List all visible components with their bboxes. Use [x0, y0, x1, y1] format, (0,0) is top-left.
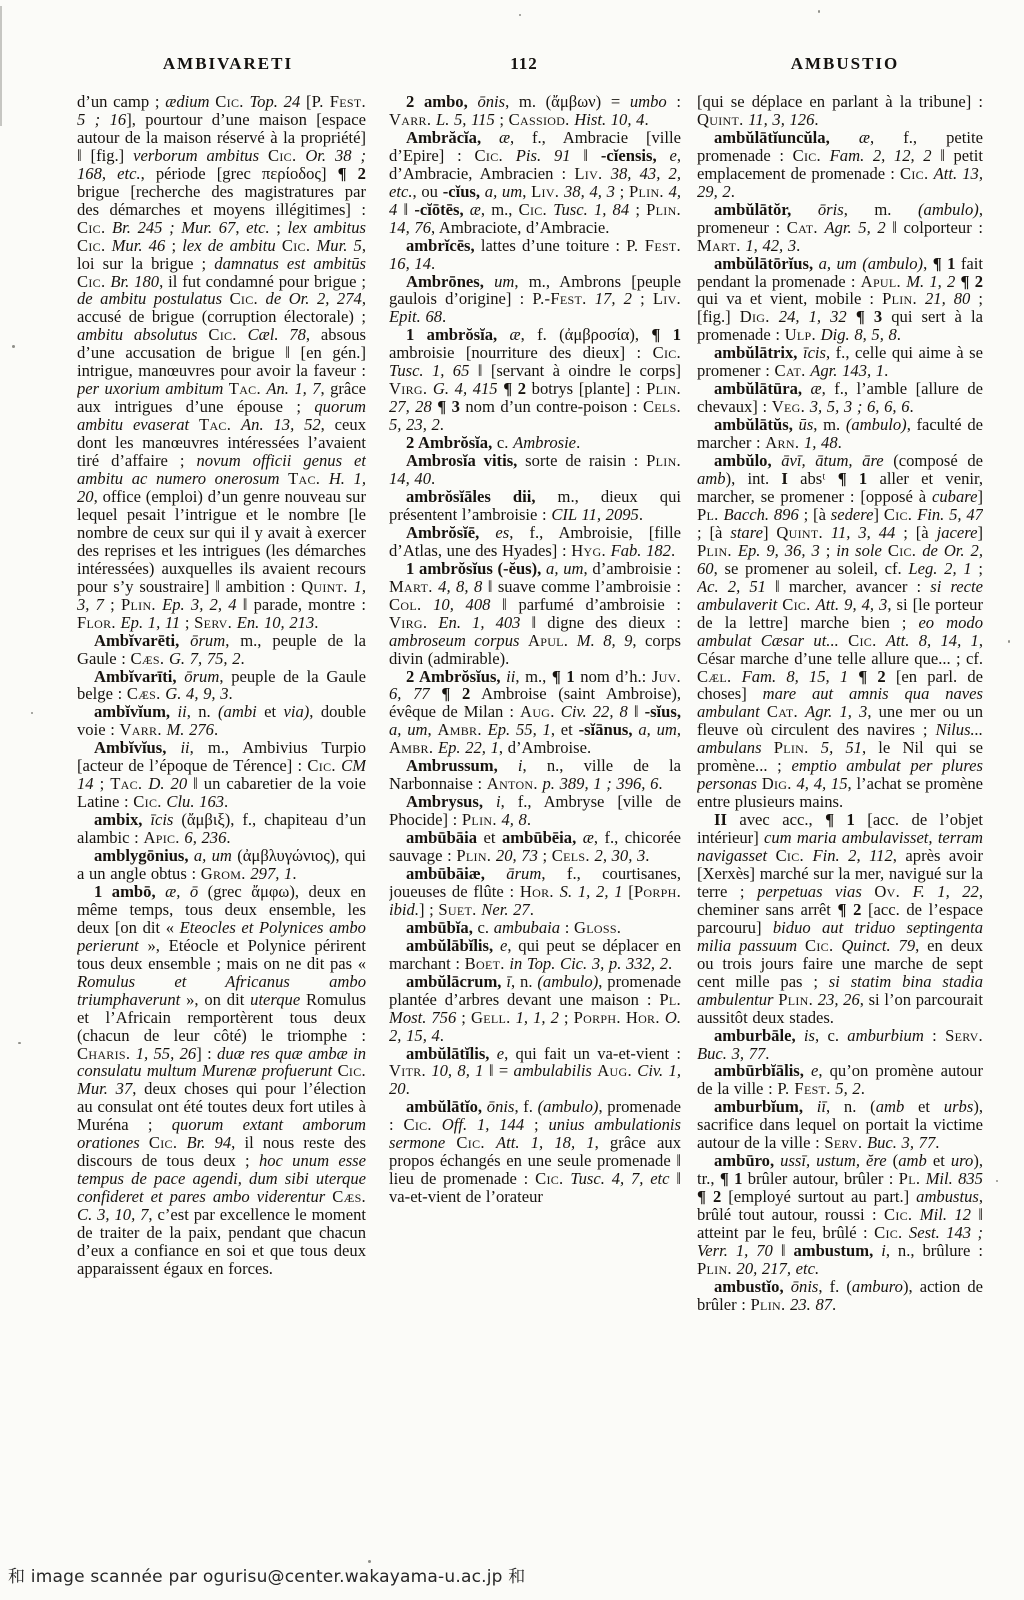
bold-text: 1 ambrŏsĭa, — [406, 325, 497, 344]
smallcaps-text: Plin. — [882, 289, 917, 308]
italic-text: 1, 48 — [804, 433, 838, 452]
smallcaps-text: P.-Fest. — [532, 289, 586, 308]
dictionary-entry: Ambĭvarīti, ōrum, peuple de la Gaule bel… — [77, 668, 366, 704]
bold-text: ambūbēia, — [502, 828, 576, 847]
bold-text: ambŭlācrum, — [406, 972, 501, 991]
bold-text: 2 ambo, — [406, 93, 468, 111]
bold-text: ambūro, — [714, 1151, 774, 1170]
smallcaps-text: Hor. — [626, 1008, 660, 1027]
smallcaps-text: Plin. — [646, 200, 681, 219]
italic-text: Pis. 91 — [516, 146, 571, 165]
italic-text: M. 1, 2 — [906, 272, 955, 291]
bold-text: ¶ 1 — [651, 325, 681, 344]
smallcaps-text: Plin. — [456, 846, 491, 865]
bold-text: I — [781, 469, 787, 488]
running-head: AMBIVARETI 112 AMBUSTIO — [0, 54, 1024, 78]
italic-text: Fin. 5, 47 — [917, 505, 983, 524]
bold-text: -cĭōtēs, — [414, 200, 463, 219]
dictionary-entry: ambĭvĭum, ii, n. (ambi et via), double v… — [77, 703, 366, 739]
smallcaps-text: Cic. — [805, 936, 833, 955]
italic-text: æ — [470, 200, 481, 219]
italic-text: 4, 4, 15 — [797, 774, 848, 793]
bold-text: ambustĭo, — [714, 1277, 784, 1296]
dictionary-entry: 1 ambrŏsĭus (-ĕus), a, um, d’ambroisie :… — [389, 560, 681, 668]
bold-text: ¶ 2 — [697, 1187, 721, 1206]
bold-text: Ambrosĭa vitis, — [406, 451, 517, 470]
italic-text: amburo — [852, 1277, 903, 1296]
smallcaps-text: Arn. — [765, 433, 799, 452]
smallcaps-text: Ov. — [874, 882, 900, 901]
italic-text: ædium — [165, 93, 209, 111]
italic-text: M. 8, 9 — [577, 631, 633, 650]
smallcaps-text: Hyg. — [571, 541, 606, 560]
italic-text: Mil. 835 — [926, 1169, 983, 1188]
smallcaps-text: Cic. — [77, 272, 105, 291]
bold-text: 1 ambrŏsĭus (-ĕus), — [406, 559, 541, 578]
italic-text: 1, 42, 3 — [745, 236, 796, 255]
dictionary-entry: Ambĭvĭus, ii, m., Ambivius Turpio [acteu… — [77, 739, 366, 811]
italic-text: 5, 2 — [835, 1079, 860, 1098]
italic-text: amburbium — [847, 1026, 924, 1045]
smallcaps-text: Cic. — [888, 541, 916, 560]
smallcaps-text: P. Fest. — [626, 236, 681, 255]
italic-text: Tusc. 4, 7, etc — [570, 1169, 669, 1188]
italic-text: īcis — [150, 810, 173, 829]
smallcaps-text: Liv. — [574, 164, 602, 183]
smallcaps-text: Cic. — [884, 505, 912, 524]
entry-continuation: [qui se déplace en parlant à la tribune]… — [697, 93, 983, 129]
smallcaps-text: Tac. — [288, 469, 320, 488]
italic-text: a, um — [546, 559, 583, 578]
dictionary-column-left: d’un camp ; ædium Cic. Top. 24 [P. Fest.… — [77, 93, 366, 1555]
italic-text: 16, 14 — [389, 254, 431, 273]
smallcaps-text: Quint. — [776, 523, 823, 542]
smallcaps-text: Plin. — [629, 182, 664, 201]
smallcaps-text: Cæl. — [697, 667, 731, 686]
italic-text: Epit. 68 — [389, 307, 442, 326]
dictionary-entry: 2 Ambrŏsĭa, c. Ambrosie. — [389, 434, 681, 452]
scan-edge-artifact — [0, 6, 2, 126]
header-right-headword: AMBUSTIO — [765, 54, 925, 74]
italic-text: per uxorium ambitum — [77, 379, 223, 398]
smallcaps-text: Col. — [389, 595, 421, 614]
scan-speck — [818, 10, 820, 13]
italic-text: umbo — [630, 93, 667, 111]
italic-text: 4, 8, 8 — [438, 577, 482, 596]
italic-text: p. 389, 1 ; 396, 6 — [542, 774, 658, 793]
smallcaps-text: Cat. — [767, 702, 798, 721]
smallcaps-text: Apul. — [861, 272, 901, 291]
italic-text: a, um — [389, 720, 428, 739]
italic-text: Clu. 163 — [166, 792, 224, 811]
italic-text: 10, 408 — [433, 595, 490, 614]
bold-text: ¶ 1 — [933, 254, 956, 273]
smallcaps-text: Mart. — [389, 577, 433, 596]
smallcaps-text: Plin. — [774, 738, 809, 757]
dictionary-entry: ambŭlābĭlis, e, qui peut se déplacer en … — [389, 937, 681, 973]
smallcaps-text: Suet. — [438, 900, 476, 919]
dictionary-column-center: 2 ambo, ōnis, m. (ἄμβων) = umbo : Varr. … — [389, 93, 681, 1555]
italic-text: lex de ambitu — [182, 236, 275, 255]
smallcaps-text: Cæs. — [332, 1187, 366, 1206]
smallcaps-text: Cic. — [535, 1169, 563, 1188]
smallcaps-text: Mart. — [697, 236, 741, 255]
smallcaps-text: Cic. — [403, 1115, 431, 1134]
italic-text: D. 20 — [148, 774, 187, 793]
bold-text: ambŭlābĭlis, — [406, 936, 493, 955]
italic-text: cubare — [932, 487, 977, 506]
scan-speck — [1008, 640, 1010, 643]
italic-text: Ambrosie — [513, 433, 576, 452]
italic-text: ussī, ustum, ĕre — [780, 1151, 886, 1170]
smallcaps-text: Apic. — [143, 828, 179, 847]
dictionary-entry: 2 Ambrŏsĭus, ii, m., ¶ 1 nom d’h.: Juv. … — [389, 668, 681, 758]
bold-text: II — [714, 810, 727, 829]
header-left-headword: AMBIVARETI — [148, 54, 308, 74]
italic-text: æ — [510, 325, 521, 344]
bold-text: ambūbĭa, — [406, 918, 473, 937]
italic-text: En. 1, 403 — [438, 613, 520, 632]
smallcaps-text: Cic. — [149, 1133, 177, 1152]
italic-text: Cæl. 78 — [248, 325, 306, 344]
smallcaps-text: Ulp. — [785, 325, 816, 344]
smallcaps-text: Cic. — [307, 756, 335, 775]
bold-text: ¶ 2 — [441, 684, 470, 703]
dictionary-entry: ambrĭcēs, lattes d’une toiture : P. Fest… — [389, 237, 681, 273]
italic-text: 6, 236 — [184, 828, 226, 847]
italic-text: 11, 3, 126 — [748, 110, 814, 129]
dictionary-entry: ambŭlātŭs, ūs, m. (ambulo), faculté de m… — [697, 416, 983, 452]
italic-text: Ep. 55, 1 — [488, 720, 551, 739]
italic-text: Top. 24 — [249, 93, 300, 111]
italic-text: Agr. 5, 2 — [824, 218, 885, 237]
italic-text: ī — [506, 972, 511, 991]
italic-text: etc. — [246, 218, 270, 237]
italic-text: 297, 1 — [250, 864, 292, 883]
italic-text: 14, 76 — [389, 218, 431, 237]
smallcaps-text: Liv. — [531, 182, 559, 201]
bold-text: Ambĭvĭus, — [94, 738, 166, 757]
bold-text: 1 ambō, — [94, 882, 156, 901]
bold-text: Ambĭvarīti, — [94, 667, 177, 686]
dictionary-entry: Ambrōnes, um, m., Ambrons [peuple gauloi… — [389, 273, 681, 327]
smallcaps-text: Cic. — [874, 1223, 902, 1242]
scan-speck — [996, 1180, 998, 1182]
italic-text: ambulabilis — [514, 1061, 592, 1080]
italic-text: S. 1, 2, 1 — [560, 882, 623, 901]
italic-text: Ac. 2, 51 — [697, 577, 766, 596]
dictionary-entry: 1 ambō, æ, ō (grec ἄμφω), deux en même t… — [77, 883, 366, 1278]
dictionary-entry: ambūbāiæ, ārum, f., courtisanes, joueuse… — [389, 865, 681, 919]
italic-text: CIL 11, 2095 — [551, 505, 639, 524]
dictionary-entry: ambūbĭa, c. ambubaia : Gloss. — [389, 919, 681, 937]
dictionary-entry: Ambrăcĭa, æ, f., Ambracie [ville d’Epire… — [389, 129, 681, 237]
dictionary-entry: amburbĭum, iī, n. (amb et urbs), sacrifi… — [697, 1098, 983, 1152]
italic-text: Fam. 8, 15, 1 — [742, 667, 849, 686]
italic-text: a, um — [194, 846, 232, 865]
smallcaps-text: Pl. — [697, 505, 719, 524]
italic-text: es — [495, 523, 509, 542]
italic-text: G. 4, 9, 3 — [165, 684, 228, 703]
italic-text: M. 276 — [166, 720, 214, 739]
italic-text: (ambi — [218, 702, 257, 721]
bold-text: amburbāle, — [714, 1026, 796, 1045]
italic-text: in sole — [836, 541, 882, 560]
smallcaps-text: Cic. — [653, 343, 681, 362]
smallcaps-text: Cic. — [208, 325, 236, 344]
bold-text: ambūbāia — [406, 828, 477, 847]
italic-text: Fin. 2, 112 — [812, 846, 892, 865]
italic-text: Mur. 37 — [77, 1079, 132, 1098]
smallcaps-text: Porph. — [634, 882, 681, 901]
italic-text: ōnis — [477, 93, 505, 111]
italic-text: Off. 1, 144 — [442, 1115, 524, 1134]
italic-text: 23, 26 — [818, 990, 860, 1009]
smallcaps-text: Cic. — [230, 289, 258, 308]
smallcaps-text: Cic. — [793, 146, 821, 165]
dictionary-entry: ambūro, ussī, ustum, ĕre (amb et uro), t… — [697, 1152, 983, 1278]
italic-text: Ep. 1, 11 — [121, 613, 181, 632]
italic-text: e — [500, 936, 507, 955]
dictionary-entry: ambŭlācrum, ī, n. (ambulo), promenade pl… — [389, 973, 681, 1045]
italic-text: Tusc. 1, 65 — [389, 361, 469, 380]
dictionary-entry: ambŭlātĭo, ōnis, f. (ambulo), promenade … — [389, 1098, 681, 1206]
italic-text: 17, 2 — [595, 289, 632, 308]
italic-text: 11, 3, 44 — [831, 523, 895, 542]
smallcaps-text: Cic. — [456, 1133, 484, 1152]
italic-text: Br. 94 — [186, 1133, 231, 1152]
italic-text: āvī, ātum, āre — [781, 451, 883, 470]
italic-text: Fam. 2, 12, 2 — [830, 146, 932, 165]
italic-text: ambubaia — [494, 918, 560, 937]
italic-text: ōnis — [487, 1097, 515, 1116]
italic-text: jacere — [937, 523, 978, 542]
smallcaps-text: Dig. — [740, 307, 770, 326]
bold-text: -sĭus, — [645, 702, 681, 721]
smallcaps-text: Hor. — [520, 882, 554, 901]
smallcaps-text: Flor. — [77, 613, 116, 632]
italic-text: Mur. 5 — [316, 236, 361, 255]
italic-text: 6, 77 — [389, 684, 430, 703]
italic-text: stare — [730, 523, 763, 542]
smallcaps-text: Cic. — [282, 236, 310, 255]
smallcaps-text: Gell. — [471, 1008, 511, 1027]
bold-text: ¶ 2 — [961, 272, 983, 291]
bold-text: ambŭlātĭo, — [406, 1097, 482, 1116]
italic-text: ōrum — [190, 631, 225, 650]
smallcaps-text: Gloss. — [574, 918, 621, 937]
italic-text: G. 4, 415 — [433, 379, 498, 398]
dictionary-entry: amblygōnius, a, um (ἀμβλυγώνιος), qui a … — [77, 847, 366, 883]
italic-text: Mil. 12 — [920, 1205, 971, 1224]
bold-text: ¶ 1 — [720, 1169, 743, 1188]
italic-text: Most. 756 — [389, 1008, 456, 1027]
bold-text: ambrĭcēs, — [406, 236, 475, 255]
italic-text: 5 ; 16 — [77, 110, 126, 129]
smallcaps-text: Cat. — [787, 218, 818, 237]
bold-text: ¶ 2 — [503, 379, 526, 398]
bold-text: ambūbāiæ, — [406, 864, 485, 883]
italic-text: 20, 217, etc. — [737, 1259, 820, 1278]
smallcaps-text: Tac. — [229, 379, 261, 398]
italic-text: ibid. — [389, 900, 419, 919]
dictionary-entry: ambŭlo, āvī, ātum, āre (composé de amb),… — [697, 452, 983, 811]
page-number: 112 — [474, 54, 574, 74]
italic-text: Att. 1, 18, 1 — [496, 1133, 595, 1152]
scan-credit-line: 和 image scannée par ogurisu@center.wakay… — [8, 1562, 525, 1587]
smallcaps-text: Dig. — [762, 774, 792, 793]
smallcaps-text: Cic. — [215, 93, 243, 111]
italic-text: Hist. 10, 4 — [574, 110, 644, 129]
bold-text: amblygōnius, — [94, 846, 189, 865]
italic-text: æ — [811, 379, 822, 398]
italic-text: ii — [180, 738, 189, 757]
dictionary-entry: Ambrussum, i, n., ville de la Narbonnais… — [389, 757, 681, 793]
dictionary-entry: ambŭlātōrĭus, a, um (ambulo), ¶ 1 fait p… — [697, 255, 983, 345]
italic-text: a, um — [819, 254, 857, 273]
italic-text: damnatus est ambitūs — [214, 254, 366, 273]
smallcaps-text: Plin. — [778, 990, 813, 1009]
smallcaps-text: Serv. — [945, 1026, 983, 1045]
italic-text: (ambulo) — [846, 415, 907, 434]
italic-text: æ — [859, 128, 870, 147]
smallcaps-text: P. Fest. — [777, 1079, 830, 1098]
bold-text: ¶ 1 — [552, 667, 575, 686]
italic-text: verborum ambitus — [133, 146, 259, 165]
entry-continuation: d’un camp ; ædium Cic. Top. 24 [P. Fest.… — [77, 93, 366, 632]
dictionary-entry: ambrŏsĭāles dii, m., dieux qui présenten… — [389, 488, 681, 524]
dictionary-entry: ambŭlātŏr, ōris, m. (ambulo), promeneur … — [697, 201, 983, 255]
bold-text: ¶ 1 — [838, 469, 868, 488]
italic-text: Quinct. 79 — [841, 936, 915, 955]
smallcaps-text: Varr. — [119, 720, 161, 739]
smallcaps-text: Serv. — [824, 1133, 862, 1152]
italic-text: 24, 1, 32 — [779, 307, 847, 326]
italic-text: novum officii genus et ambitu ac numero … — [77, 451, 366, 488]
italic-text: G. 7, 75, 2 — [169, 649, 241, 668]
italic-text: de ambitu postulatus — [77, 289, 222, 308]
smallcaps-text: Virg. — [389, 613, 427, 632]
bold-text: ambix, — [94, 810, 142, 829]
smallcaps-text: Plin. — [751, 1295, 786, 1314]
smallcaps-text: Cic. — [776, 846, 804, 865]
smallcaps-text: Cels. — [643, 397, 681, 416]
bold-text: ambŭlātrix, — [714, 343, 797, 362]
dictionary-entry: ambŭlātĭuncŭla, æ, f., petite promenade … — [697, 129, 983, 201]
italic-text: amb — [697, 469, 726, 488]
italic-text: 38, 4, 3 — [564, 182, 615, 201]
italic-text: Att. 13, 29, 2 — [697, 164, 983, 201]
bold-text: ¶ 2 — [338, 164, 366, 183]
dictionary-entry: ambŭlātĭlis, e, qui fait un va-et-vient … — [389, 1045, 681, 1099]
italic-text: Br. 180 — [110, 272, 159, 291]
italic-text: 5, 23, 2 — [389, 415, 440, 434]
bold-text: ambŭlātŏr, — [714, 200, 791, 219]
bold-text: 2 Ambrŏsĭa, — [406, 433, 492, 452]
italic-text: e — [497, 1044, 504, 1063]
italic-text: hoc unum esse tempus de pace agendi, dum… — [77, 1151, 366, 1206]
bold-text: Ambĭvarēti, — [94, 631, 179, 650]
italic-text: Buc. 3, 77 — [867, 1133, 935, 1152]
italic-text: etc. — [117, 164, 141, 183]
bold-text: ambŭlātĭlis, — [406, 1044, 489, 1063]
scanned-dictionary-page: { "header": { "left_headword": "AMBIVARE… — [0, 0, 1024, 1600]
dictionary-column-right: [qui se déplace en parlant à la tribune]… — [697, 93, 983, 1555]
italic-text: An. 13, 52 — [241, 415, 321, 434]
italic-text: ambroseum corpus — [389, 631, 519, 650]
italic-text: a, um — [638, 720, 677, 739]
smallcaps-text: Veg. — [772, 397, 805, 416]
smallcaps-text: Cic. — [77, 218, 105, 237]
italic-text: lex ambitus — [287, 218, 366, 237]
bold-text: -cĭensis, — [601, 146, 657, 165]
dictionary-entry: Ambrŏsĭē, es, f., Ambroisie, [fille d’At… — [389, 524, 681, 560]
smallcaps-text: Cic. — [900, 164, 928, 183]
italic-text: ii — [506, 667, 515, 686]
italic-text: An. 1, 7 — [266, 379, 320, 398]
italic-text: Ner. 27 — [481, 900, 529, 919]
smallcaps-text: Boet. — [465, 954, 505, 973]
smallcaps-text: Cat. — [775, 361, 806, 380]
italic-text: uro — [951, 1151, 973, 1170]
smallcaps-text: Quint. — [697, 110, 744, 129]
smallcaps-text: Vitr. — [389, 1061, 426, 1080]
italic-text: iī — [817, 1097, 826, 1116]
smallcaps-text: Cic. — [782, 595, 810, 614]
italic-text: 1, 55, 26 — [136, 1044, 197, 1063]
dictionary-entry: ambŭlātūra, æ, f., l’amble [allure de ch… — [697, 380, 983, 416]
bold-text: ambŭlo, — [714, 451, 772, 470]
dictionary-entry: Ambrosĭa vitis, sorte de raisin : Plin. … — [389, 452, 681, 488]
smallcaps-text: Cic. — [133, 792, 161, 811]
italic-text: de Or. 2, 274 — [266, 289, 362, 308]
italic-text: ārum — [506, 864, 541, 883]
dictionary-entry: ambūrbĭālis, e, qu’on promène autour de … — [697, 1062, 983, 1098]
italic-text: 3, 5, 3 ; 6, 6, 6 — [810, 397, 910, 416]
italic-text: ūs — [799, 415, 814, 434]
italic-text: biduo aut triduo septingenta milia passu… — [697, 918, 983, 955]
bold-text: Ambrŏsĭē, — [406, 523, 479, 542]
smallcaps-text: Grom. — [201, 864, 246, 883]
italic-text: ambitu absolutus — [77, 325, 198, 344]
italic-text: Bacch. 896 — [723, 505, 798, 524]
italic-text: a, um — [485, 182, 522, 201]
smallcaps-text: Cic. — [519, 200, 547, 219]
scan-speck — [31, 712, 33, 714]
italic-text: (ambulo) — [862, 254, 923, 273]
smallcaps-text: Cic. — [848, 631, 876, 650]
italic-text: 20, 73 — [496, 846, 538, 865]
italic-text: 1, 1, 2 — [516, 1008, 559, 1027]
italic-text: perpetuas vias — [757, 882, 862, 901]
italic-text: Dig. 8, 5, 8 — [821, 325, 897, 344]
smallcaps-text: Juv. — [652, 667, 681, 686]
dictionary-entry: ambūbāia et ambūbēia, æ, f., chicorée sa… — [389, 829, 681, 865]
smallcaps-text: Plin. — [462, 810, 497, 829]
smallcaps-text: Aug. — [520, 702, 555, 721]
dictionary-entry: ambŭlātrix, īcis, f., celle qui aime à s… — [697, 344, 983, 380]
bold-text: amburbĭum, — [714, 1097, 803, 1116]
dictionary-entry: Ambrysus, i, f., Ambryse [ville de Phoci… — [389, 793, 681, 829]
italic-text: (ambulo) — [538, 1097, 599, 1116]
italic-text: uterque — [250, 990, 300, 1009]
bold-text: -sĭānus, — [579, 720, 633, 739]
dictionary-entry: amburbāle, is, c. amburbium : Serv. Buc.… — [697, 1027, 983, 1063]
smallcaps-text: Cels. — [552, 846, 590, 865]
bold-text: 2 Ambrŏsĭus, — [406, 667, 501, 686]
italic-text: (ambulo) — [537, 972, 598, 991]
italic-text: 4, 8 — [501, 810, 526, 829]
